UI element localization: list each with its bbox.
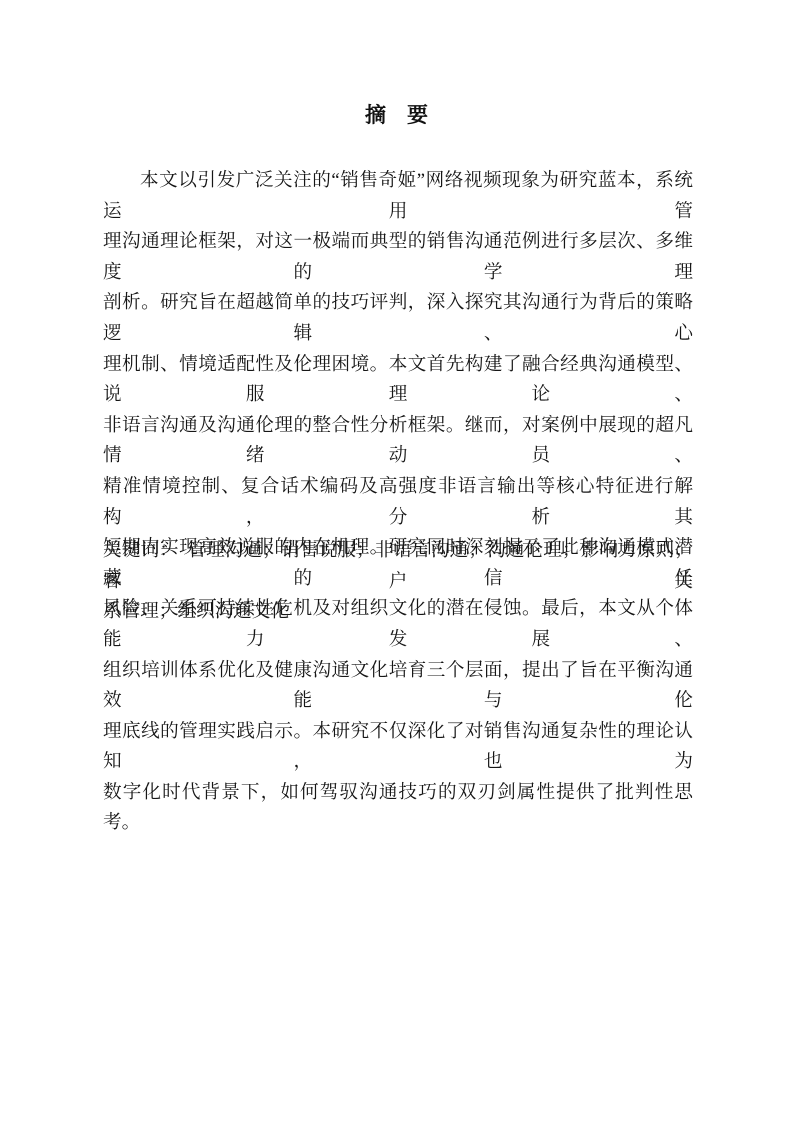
- abstract-line: 剖析。研究旨在超越简单的技巧评判，深入探究其沟通行为背后的策略逻辑、心: [103, 288, 693, 349]
- document-page: 摘 要 本文以引发广泛关注的“销售奇姬”网络视频现象为研究蓝本，系统运用管 理沟…: [0, 0, 793, 1122]
- keywords-line: 系管理；组织沟通文化: [103, 597, 693, 628]
- abstract-title: 摘 要: [0, 100, 793, 130]
- keywords-line: 关键词： 管理沟通；销售说服；非语言沟通；沟通伦理；影响力原则；客户关: [103, 536, 693, 597]
- abstract-paragraph: 本文以引发广泛关注的“销售奇姬”网络视频现象为研究蓝本，系统运用管 理沟通理论框…: [103, 166, 693, 839]
- abstract-line: 本文以引发广泛关注的“销售奇姬”网络视频现象为研究蓝本，系统运用管: [103, 166, 693, 227]
- abstract-line: 理机制、情境适配性及伦理困境。本文首先构建了融合经典沟通模型、说服理论、: [103, 350, 693, 411]
- abstract-line: 数字化时代背景下，如何驾驭沟通技巧的双刃剑属性提供了批判性思考。: [103, 778, 693, 839]
- abstract-line: 理沟通理论框架，对这一极端而典型的销售沟通范例进行多层次、多维度的学理: [103, 227, 693, 288]
- abstract-line: 非语言沟通及沟通伦理的整合性分析框架。继而，对案例中展现的超凡情绪动员、: [103, 411, 693, 472]
- abstract-line: 精准情境控制、复合话术编码及高强度非语言输出等核心特征进行解构，分析其: [103, 472, 693, 533]
- abstract-line: 理底线的管理实践启示。本研究不仅深化了对销售沟通复杂性的理论认知，也为: [103, 717, 693, 778]
- abstract-line: 组织培训体系优化及健康沟通文化培育三个层面，提出了旨在平衡沟通效能与伦: [103, 656, 693, 717]
- keywords-block: 关键词： 管理沟通；销售说服；非语言沟通；沟通伦理；影响力原则；客户关 系管理；…: [103, 536, 693, 628]
